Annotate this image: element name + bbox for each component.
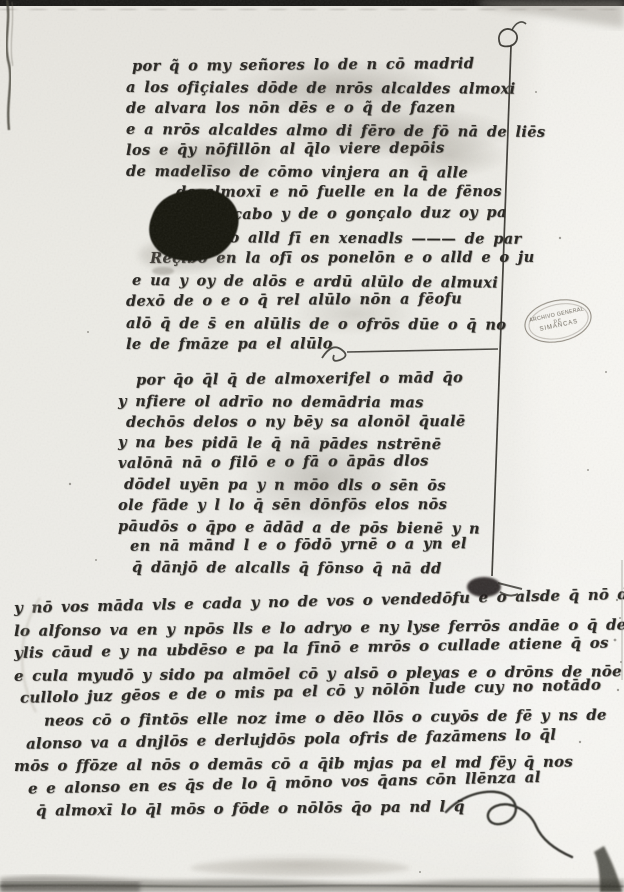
stamp-inner-ring — [525, 298, 592, 345]
manuscript-paragraph-2: en cabo y de o gonçalo duz oy pa ello al… — [126, 205, 535, 356]
manuscript-line: los e q̄y nōfillōn al q̄lo viere depōis — [126, 137, 546, 161]
manuscript-line: dōdel uyēn pa y n mōo dls o sēn ōs — [118, 475, 480, 497]
bottom-edge-shadow — [0, 876, 624, 892]
top-edge-shadow — [0, 0, 624, 6]
manuscript-line: q̄ dānjō de alcalls q̄ fōnso q̄ nā dd — [118, 558, 480, 580]
manuscript-line: ole fāde y l lo q̄ sēn dōnfōs elos nōs — [118, 495, 480, 517]
manuscript-line: en cabo y de o gonçalo duz oy pa — [126, 202, 535, 227]
manuscript-paragraph-3: por q̄o q̄l q̄ de almoxerifel o mād q̄o … — [118, 371, 480, 579]
manuscript-scan-page: por q̃ o my señores lo de n cō madrid a … — [0, 0, 624, 892]
margin-line-hook — [499, 29, 517, 46]
manuscript-line: dechōs delos o ny bēy sa alonōl q̄ualē — [118, 412, 480, 434]
manuscript-line: y nfiere ol adrīo no demādria mas — [118, 392, 480, 414]
manuscript-line: de almoxī e nō fuelle en la de fēnos — [126, 181, 546, 203]
manuscript-line: le de fmāze pa el alūlo — [126, 333, 535, 356]
bottom-edge-line — [0, 885, 624, 887]
bottom-smudge — [190, 860, 410, 876]
manuscript-paragraph-1: por q̃ o my señores lo de n cō madrid a … — [126, 56, 545, 203]
paper-discoloration — [190, 852, 410, 878]
manuscript-line: en nā mānd l e o fōdō yrnē o a yn el — [118, 535, 480, 559]
bottom-right-corner-streak — [594, 846, 622, 892]
top-right-corner-shading — [480, 0, 624, 28]
manuscript-paragraph-4: y nō vos māda vls e cada y no de vos o v… — [14, 597, 624, 823]
paper-crease — [7, 0, 11, 130]
manuscript-line: por q̄o q̄l q̄ de almoxerifel o mād q̄o — [118, 368, 480, 392]
bottom-left-corner-shading — [0, 882, 140, 892]
top-edge-fringe — [0, 9, 624, 10]
manuscript-line: dexō de o e o q̄ rel alūlo nōn a fēofu — [126, 288, 535, 313]
manuscript-line: q̄ almoxī lo q̄l mōs o fōde o nōlōs q̄o … — [14, 794, 624, 823]
manuscript-line: por q̃ o my señores lo de n cō madrid — [126, 53, 546, 77]
manuscript-line: de alvara los nōn dēs e o q̃ de fazen — [126, 97, 546, 119]
paper-crease — [11, 2, 13, 66]
manuscript-line: valōnā nā o filō e o fā o āpās dlos — [118, 451, 480, 475]
manuscript-line: Reçibo en la ofī os ponelōn e o alld e o… — [126, 247, 535, 270]
margin-line-hook — [512, 22, 526, 30]
